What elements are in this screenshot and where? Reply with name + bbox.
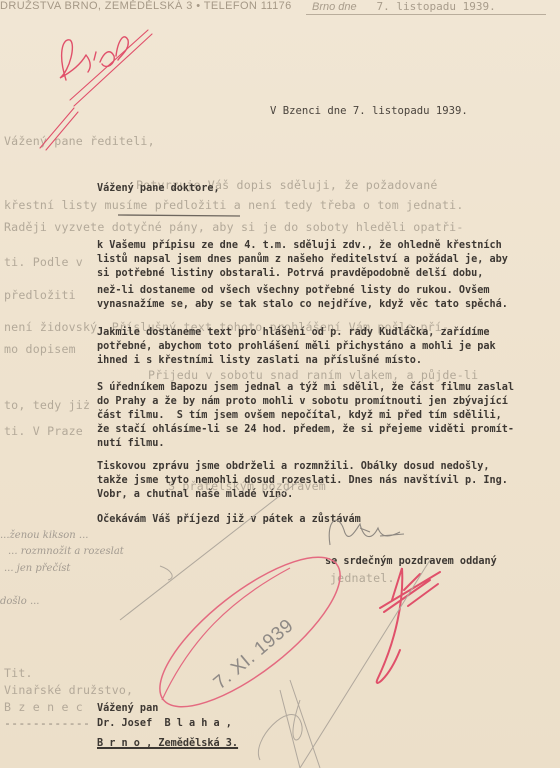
underlying-line: předložiti — [4, 288, 76, 302]
letterhead: DRUŽSTVA BRNO, ZEMĚDĚLSKÁ 3 • TELEFON 11… — [0, 0, 292, 12]
underlying-line: křestní listy musíme předložiti a není t… — [4, 198, 464, 212]
date-field-value: 7. listopadu 1939. — [377, 0, 496, 13]
date-field-label: Brno dne — [312, 1, 357, 13]
salutation: Vážený pane doktore, — [97, 183, 220, 194]
recipient-org: Vinařské družstvo, — [4, 683, 133, 697]
letterhead-date: Brno dne 7. listopadu 1939. — [312, 0, 496, 13]
underlying-line-text: křestní listy musíme předložiti a není t… — [4, 198, 464, 212]
letterhead-rule — [306, 14, 546, 15]
letter-line: část filmu. S tím jsem ovšem nepočítal, … — [97, 410, 502, 421]
pencil-note: došlo ... — [0, 596, 40, 607]
underlying-line: to, tedy jiż — [4, 398, 90, 412]
address-line-3: B r n o , Zemědělská 3. — [97, 738, 238, 749]
letter-line: takže jsme tyto nemohli dosud rozeslati.… — [97, 475, 508, 486]
underlying-line: ti. Podle v — [4, 255, 83, 269]
letter-line: Vobr, a chutnal naše mladé víno. — [97, 489, 293, 500]
letter-line: S úředníkem Bapozu jsem jednal a týž mi … — [97, 382, 514, 393]
letter-line: si potřebné listiny obstarali. Potrvá pr… — [97, 268, 483, 279]
letter-line: Tiskovou zprávu jsme obdrželi a rozmnžil… — [97, 461, 490, 472]
letter-line: listů napsal jsem dnes panům z našeho ře… — [97, 254, 508, 265]
letter-line: Jakmile dostaneme text pro hlášení od p.… — [97, 327, 490, 338]
red-signature-icon — [40, 30, 152, 150]
recipient-city: B z e n e c — [4, 700, 83, 714]
underlying-salutation: Vážený pane řediteli, — [4, 134, 155, 148]
pencil-note: ...ženou kikson ... — [0, 530, 88, 541]
letter-line: než-li dostaneme od všech všechny potřeb… — [97, 285, 490, 296]
letter-line: potřebné, abychom toto prohlášení měli p… — [97, 341, 496, 352]
closing: se srdečným pozdravem oddaný — [325, 556, 497, 567]
underlying-line: Přijedu v sobotu snad raním vlakem, a pů… — [148, 368, 478, 382]
letter-line: vynasnažíme se, aby se tak stalo co nejd… — [97, 299, 508, 310]
stamp-date: 7. XI. 1939 — [210, 615, 298, 694]
pencil-note: ... jen přečíst — [4, 563, 70, 574]
address-line-1: Vážený pan — [97, 703, 158, 714]
document-page: DRUŽSTVA BRNO, ZEMĚDĚLSKÁ 3 • TELEFON 11… — [0, 0, 560, 768]
letter-line: Očekávám Váš příjezd již v pátek a zůstá… — [97, 514, 361, 525]
pencil-note: ... rozmnožit a rozeslat — [8, 546, 124, 557]
underlying-line: ti. V Praze — [4, 424, 83, 438]
recipient-title: Tit. — [4, 666, 33, 680]
underlying-closing: jednatel. — [330, 571, 395, 585]
letter-line: k Vašemu přípisu ze dne 4. t.m. sděluji … — [97, 240, 502, 251]
letter-line: že stačí ohlásíme-li se 24 hod. předem, … — [97, 424, 514, 435]
recipient-rule: ------------ — [4, 716, 90, 730]
address-line-2: Dr. Josef B l a h a , — [97, 718, 232, 729]
underlying-line: Raději vyzvete dotyčné pány, aby si je d… — [4, 220, 464, 234]
red-check-mark-icon — [377, 568, 440, 683]
underlying-line: mo dopisem — [4, 342, 76, 356]
letter-line: do Prahy a že by nám proto mohli v sobot… — [97, 396, 508, 407]
letter-line: nutí filmu. — [97, 438, 164, 449]
place-date: V Bzenci dne 7. listopadu 1939. — [270, 105, 468, 117]
letter-line: ihned i s křestními listy zaslati na pří… — [97, 355, 422, 366]
